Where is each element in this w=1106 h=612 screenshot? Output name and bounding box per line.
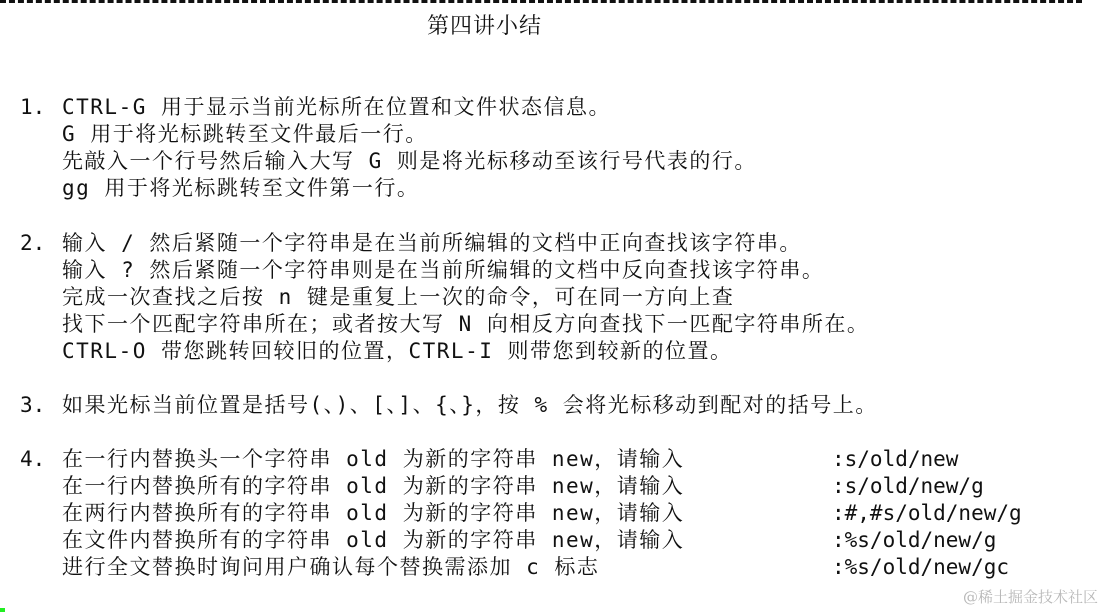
item-line: G 用于将光标跳转至文件最后一行。: [62, 121, 428, 148]
cursor-marker: [0, 608, 5, 612]
item-line: 如果光标当前位置是括号(、)、[、]、{、}，按 % 会将光标移动到配对的括号上…: [62, 392, 878, 419]
vim-command: :#,#s/old/new/g: [832, 500, 1022, 527]
vim-command: :s/old/new: [832, 446, 958, 473]
item-line: CTRL-G 用于显示当前光标所在位置和文件状态信息。: [62, 94, 611, 121]
item-line: 输入 ? 然后紧随一个字符串则是在当前所编辑的文档中反向查找该字符串。: [62, 257, 824, 284]
item-line: 完成一次查找之后按 n 键是重复上一次的命令，可在同一方向上查: [62, 284, 734, 311]
watermark: @稀土掘金技术社区: [963, 586, 1098, 607]
item-line: CTRL-O 带您跳转回较旧的位置，CTRL-I 则带您到较新的位置。: [62, 338, 733, 365]
top-dashed-rule: [0, 0, 1082, 3]
item-line: 在文件内替换所有的字符串 old 为新的字符串 new，请输入: [62, 527, 684, 554]
item-line: gg 用于将光标跳转至文件第一行。: [62, 175, 419, 202]
item-line: 找下一个匹配字符串所在；或者按大写 N 向相反方向查找下一匹配字符串所在。: [62, 311, 869, 338]
item-line: 在两行内替换所有的字符串 old 为新的字符串 new，请输入: [62, 500, 684, 527]
item-number: 4.: [20, 446, 45, 473]
item-number: 3.: [20, 392, 45, 419]
item-line: 在一行内替换头一个字符串 old 为新的字符串 new，请输入: [62, 446, 684, 473]
vim-command: :s/old/new/g: [832, 473, 984, 500]
vim-command: :%s/old/new/gc: [832, 554, 1009, 581]
item-line: 在一行内替换所有的字符串 old 为新的字符串 new，请输入: [62, 473, 684, 500]
vim-command: :%s/old/new/g: [832, 527, 996, 554]
page-title: 第四讲小结: [427, 12, 542, 42]
item-number: 2.: [20, 230, 45, 257]
item-line: 进行全文替换时询问用户确认每个替换需添加 c 标志: [62, 554, 599, 581]
item-line: 输入 / 然后紧随一个字符串是在当前所编辑的文档中正向查找该字符串。: [62, 230, 802, 257]
item-line: 先敲入一个行号然后输入大写 G 则是将光标移动至该行号代表的行。: [62, 148, 757, 175]
item-number: 1.: [20, 94, 45, 121]
